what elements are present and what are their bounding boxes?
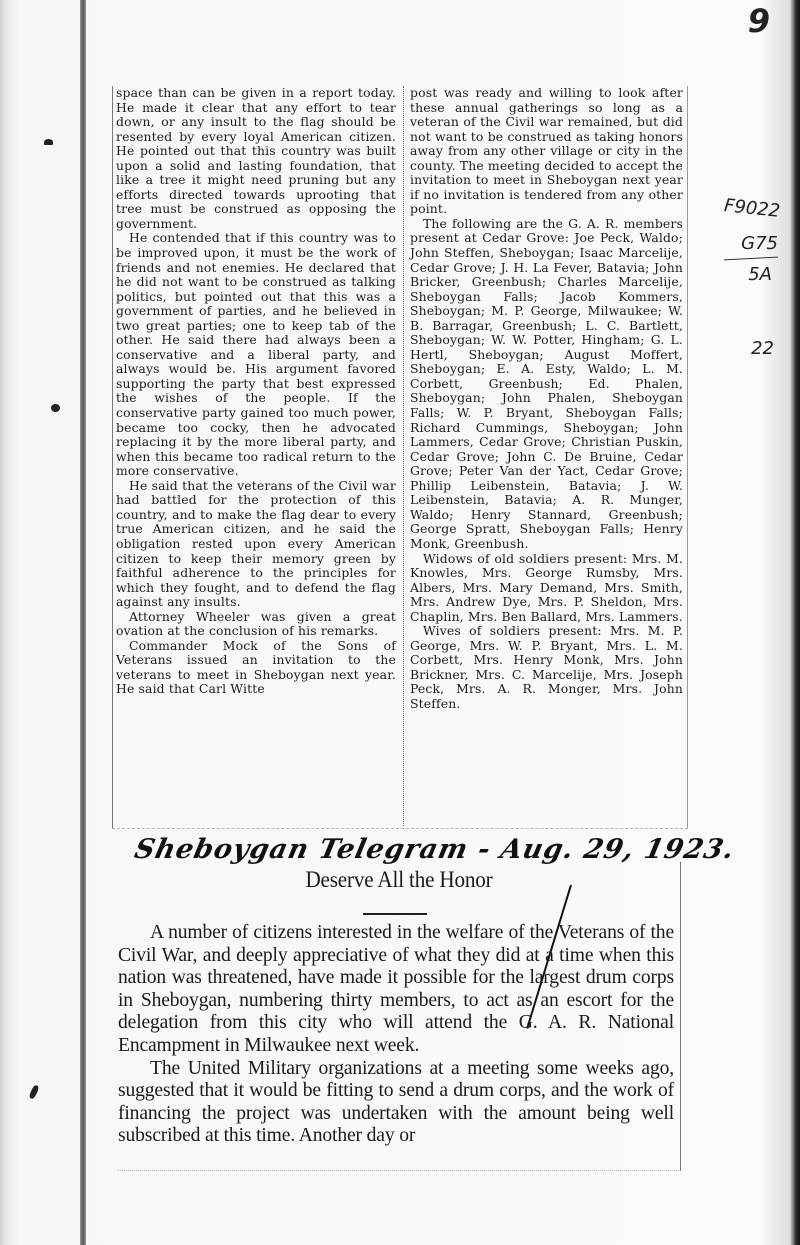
article-body: A number of citizens interested in the w…: [118, 922, 674, 1148]
paragraph: He said that the veterans of the Civil w…: [116, 479, 396, 610]
paragraph: Attorney Wheeler was given a great ovati…: [116, 610, 396, 639]
paragraph: He contended that if this country was to…: [116, 231, 396, 478]
paragraph: The United Military organizations at a m…: [118, 1058, 674, 1148]
paragraph: A number of citizens interested in the w…: [118, 922, 674, 1058]
upper-news-clipping: space than can be given in a report toda…: [112, 86, 688, 829]
lower-news-clipping: Deserve All the Honor A number of citize…: [118, 862, 681, 1171]
column-divider: [403, 86, 405, 826]
handwritten-source-note: Sheboygan Telegram - Aug. 29, 1923.: [132, 834, 738, 865]
paragraph: post was ready and willing to look after…: [410, 86, 683, 217]
paragraph: Wives of soldiers present: Mrs. M. P. Ge…: [410, 624, 683, 711]
punch-hole-mark: [44, 139, 53, 145]
paragraph: The following are the G. A. R. members p…: [410, 217, 683, 552]
call-number-annotation: 5A: [748, 264, 772, 285]
paragraph: Widows of old soldiers present: Mrs. M. …: [410, 552, 683, 625]
paragraph: Commander Mock of the Sons of Veterans i…: [116, 639, 396, 697]
punch-hole-mark: [51, 404, 60, 412]
right-column: post was ready and willing to look after…: [410, 86, 683, 712]
page-number-annotation: 9: [748, 2, 770, 40]
call-number-annotation: G75: [741, 233, 778, 254]
article-headline: Deserve All the Honor: [146, 867, 652, 894]
paragraph: space than can be given in a report toda…: [116, 86, 396, 231]
binder-edge: [80, 0, 86, 1245]
headline-rule: [363, 913, 427, 915]
call-number-annotation: 22: [751, 338, 774, 359]
left-column: space than can be given in a report toda…: [116, 86, 396, 697]
